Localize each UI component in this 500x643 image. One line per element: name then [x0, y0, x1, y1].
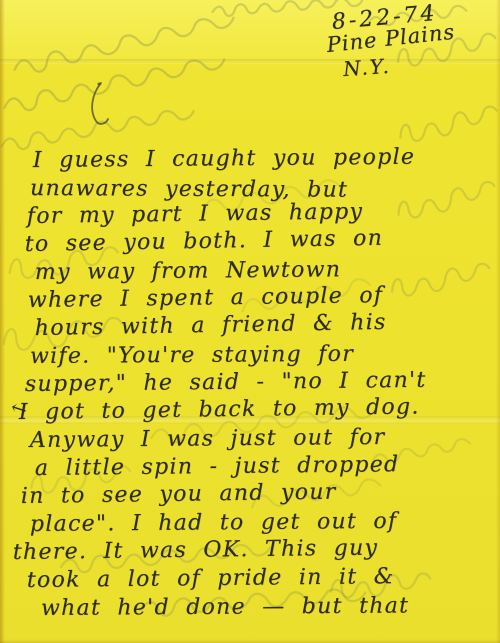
letter-body: I guess I caught you people unawares yes… [25, 147, 495, 623]
letter-line-13: in to see you and your [21, 476, 495, 511]
letter-page: 8-22-74 Pine Plains N.Y. ← I guess I cau… [0, 0, 500, 643]
stray-ink-mark [92, 83, 108, 124]
letter-line-1: I guess I caught you people [33, 143, 495, 175]
letter-line-17: what he'd done — but that [41, 592, 495, 623]
letter-line-16: took a lot of pride in it & [27, 562, 495, 595]
letter-line-10: I got to get back to my dog. [19, 392, 495, 427]
